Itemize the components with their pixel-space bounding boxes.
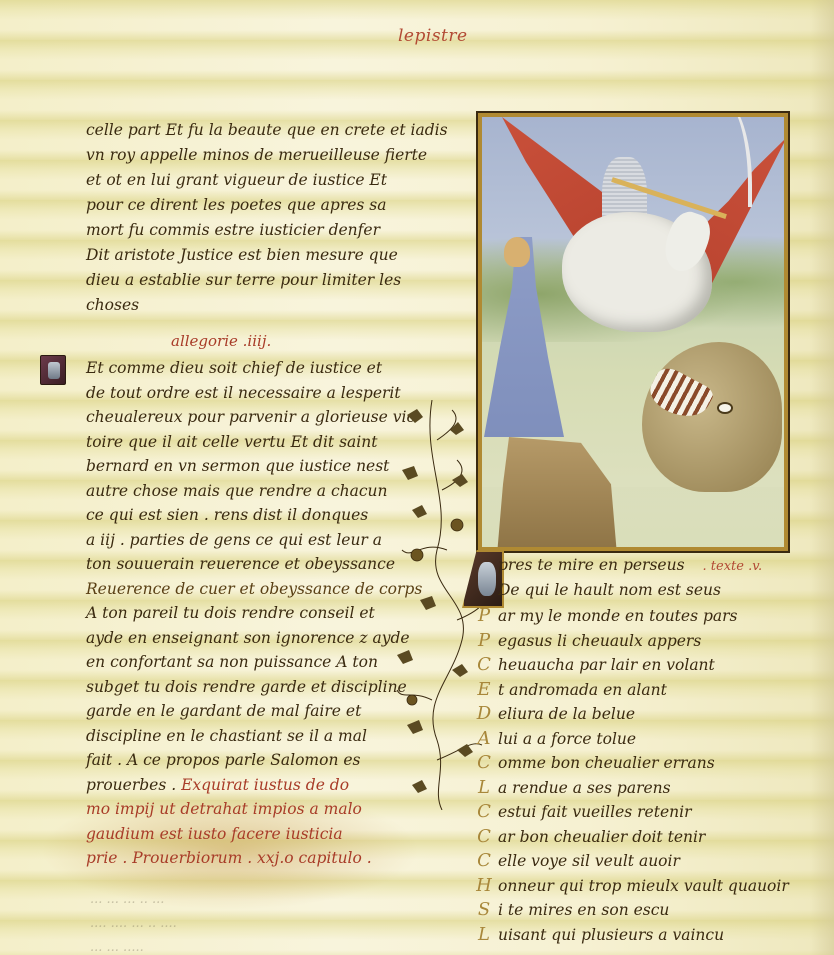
allegory-line: autre chose mais que rendre a chacun (86, 479, 426, 504)
allegory-line: fait . A ce propos parle Salomon es (86, 748, 426, 773)
allegory-line: en confortant sa non puissance A ton (86, 650, 426, 675)
gloss-line: vn roy appelle minos de merueilleuse fie… (86, 143, 436, 168)
verse-text-block: pres te mire en perseus . texte .v. De q… (470, 556, 810, 948)
allegory-line-end: prouerbes . (86, 776, 176, 794)
verse-initial: H (470, 875, 498, 896)
verse-line: L a rendue a ses parens (470, 777, 810, 802)
allegory-line: ton souuerain reuerence et obeyssance (86, 552, 426, 577)
gloss-line: celle part Et fu la beaute que en crete … (86, 118, 436, 143)
verse-line: C omme bon cheualier errans (470, 752, 810, 777)
verse-text: t andromada en alant (498, 681, 667, 699)
miniature-perseus-andromeda (478, 113, 788, 551)
gloss-text-block: celle part Et fu la beaute que en crete … (86, 118, 436, 366)
bleed-through-text: ... ... ... .. ... .... .... ... .. ....… (90, 888, 410, 955)
verse-line: D eliura de la belue (470, 703, 810, 728)
verse-text: uisant qui plusieurs a vaincu (498, 926, 724, 944)
latin-quote-citation: prie . Prouerbiorum . xxj.o capitulo . (86, 846, 426, 871)
allegory-heading: allegorie .iiij. (171, 332, 436, 350)
bleed-through-line: ... ... ..... (90, 936, 410, 955)
running-head: lepistre (398, 26, 468, 46)
gloss-line: Dit aristote Justice est bien mesure que (86, 243, 436, 268)
allegory-line: cheualereux pour parvenir a glorieuse vi… (86, 405, 426, 430)
verse-text: estui fait vueilles retenir (498, 803, 692, 821)
gloss-line: et ot en lui grant vigueur de iustice Et (86, 168, 436, 193)
verse-text: ar my le monde en toutes pars (498, 607, 738, 625)
verse-initial: L (470, 777, 498, 798)
leaf-icon (420, 596, 436, 610)
allegory-text-block: Et comme dieu soit chief de iustice et d… (86, 356, 426, 871)
verse-line: P ar my le monde en toutes pars (470, 605, 810, 630)
allegory-line: bernard en vn sermon que iustice nest (86, 454, 426, 479)
verse-text: a rendue a ses parens (498, 779, 671, 797)
verse-initial: C (470, 826, 498, 847)
verse-initial: A (470, 728, 498, 749)
verse-line: C heuaucha par lair en volant (470, 654, 810, 679)
andromeda-hair (504, 237, 530, 267)
verse-initial: C (470, 801, 498, 822)
verse-line: H onneur qui trop mieulx vault quauoir (470, 875, 810, 900)
manuscript-page: lepistre celle part Et fu la beaute que … (0, 0, 834, 955)
verse-initial: C (470, 654, 498, 675)
verse-initial: E (470, 679, 498, 700)
gloss-line: pour ce dirent les poetes que apres sa (86, 193, 436, 218)
verse-line: C ar bon cheualier doit tenir (470, 826, 810, 851)
latin-quote-start: Exquirat iustus de do (181, 776, 349, 794)
verse-initial: L (470, 924, 498, 945)
gloss-line: mort fu commis estre iusticier denfer (86, 218, 436, 243)
allegory-line: Et comme dieu soit chief de iustice et (86, 356, 426, 381)
gloss-line: dieu a establie sur terre pour limiter l… (86, 268, 436, 293)
gloss-line: choses (86, 293, 436, 318)
leaf-icon (412, 780, 427, 793)
allegory-line: a iij . parties de gens ce qui est leur … (86, 528, 426, 553)
leaf-icon (397, 650, 413, 664)
verse-line: C elle voye sil veult auoir (470, 850, 810, 875)
sea-monster-eye (717, 402, 733, 414)
leaf-icon (450, 422, 464, 435)
verse-line: S i te mires en son escu (470, 899, 810, 924)
bleed-through-line: .... .... ... .. .... (90, 912, 410, 936)
verse-text: lui a a force tolue (498, 730, 636, 748)
leaf-icon (407, 409, 423, 423)
leaf-icon (407, 720, 423, 734)
allegory-line: subget tu dois rendre garde et disciplin… (86, 675, 426, 700)
verse-line: P egasus li cheuaulx appers (470, 630, 810, 655)
leaf-icon (452, 474, 468, 487)
allegory-line: de tout ordre est il necessaire a lesper… (86, 381, 426, 406)
scimitar-icon (712, 113, 752, 207)
allegory-line: garde en le gardant de mal faire et (86, 699, 426, 724)
verse-initial: C (470, 850, 498, 871)
verse-text: elle voye sil veult auoir (498, 852, 680, 870)
allegory-line: prouerbes . Exquirat iustus de do (86, 773, 426, 798)
verse-initial: S (470, 899, 498, 920)
verse-text: omme bon cheualier errans (498, 754, 715, 772)
rock (497, 437, 617, 551)
verse-initial: P (470, 605, 498, 626)
verse-line: L uisant qui plusieurs a vaincu (470, 924, 810, 949)
verse-text: ar bon cheualier doit tenir (498, 828, 705, 846)
verse-line: De qui le hault nom est seus (470, 581, 810, 606)
verse-line: pres te mire en perseus . texte .v. (470, 556, 810, 581)
leaf-icon (452, 664, 468, 677)
page-gutter-shadow (810, 0, 834, 955)
verse-text: De qui le hault nom est seus (498, 581, 721, 599)
allegory-line: Reuerence de cuer et obeyssance de corps (86, 577, 426, 602)
leaf-icon (402, 466, 418, 480)
verse-line: A lui a a force tolue (470, 728, 810, 753)
sea-monster (642, 342, 782, 492)
verse-text: egasus li cheuaulx appers (498, 632, 701, 650)
verse-text: eliura de la belue (498, 705, 635, 723)
verse-initial: D (470, 703, 498, 724)
leaf-icon (412, 505, 427, 518)
verse-text: pres te mire en perseus (498, 556, 685, 574)
latin-quote-line: mo impij ut detrahat impios a malo (86, 797, 426, 822)
verse-line: C estui fait vueilles retenir (470, 801, 810, 826)
verse-initial: P (470, 630, 498, 651)
verse-text: i te mires en son escu (498, 901, 669, 919)
texte-label: . texte .v. (703, 559, 763, 574)
bleed-through-line: ... ... ... .. ... (90, 888, 410, 912)
allegory-line: ayde en enseignant son ignorence z ayde (86, 626, 426, 651)
verse-initial: C (470, 752, 498, 773)
allegory-line: toire que il ait celle vertu Et dit sain… (86, 430, 426, 455)
latin-quote-line: gaudium est iusto facere iusticia (86, 822, 426, 847)
allegory-line: A ton pareil tu dois rendre conseil et (86, 601, 426, 626)
allegory-line: discipline en le chastiant se il a mal (86, 724, 426, 749)
verse-text: heuaucha par lair en volant (498, 656, 715, 674)
illuminated-initial-e (40, 355, 66, 385)
verse-line: E t andromada en alant (470, 679, 810, 704)
allegory-line: ce qui est sien . rens dist il donques (86, 503, 426, 528)
verse-text: onneur qui trop mieulx vault quauoir (498, 877, 789, 895)
